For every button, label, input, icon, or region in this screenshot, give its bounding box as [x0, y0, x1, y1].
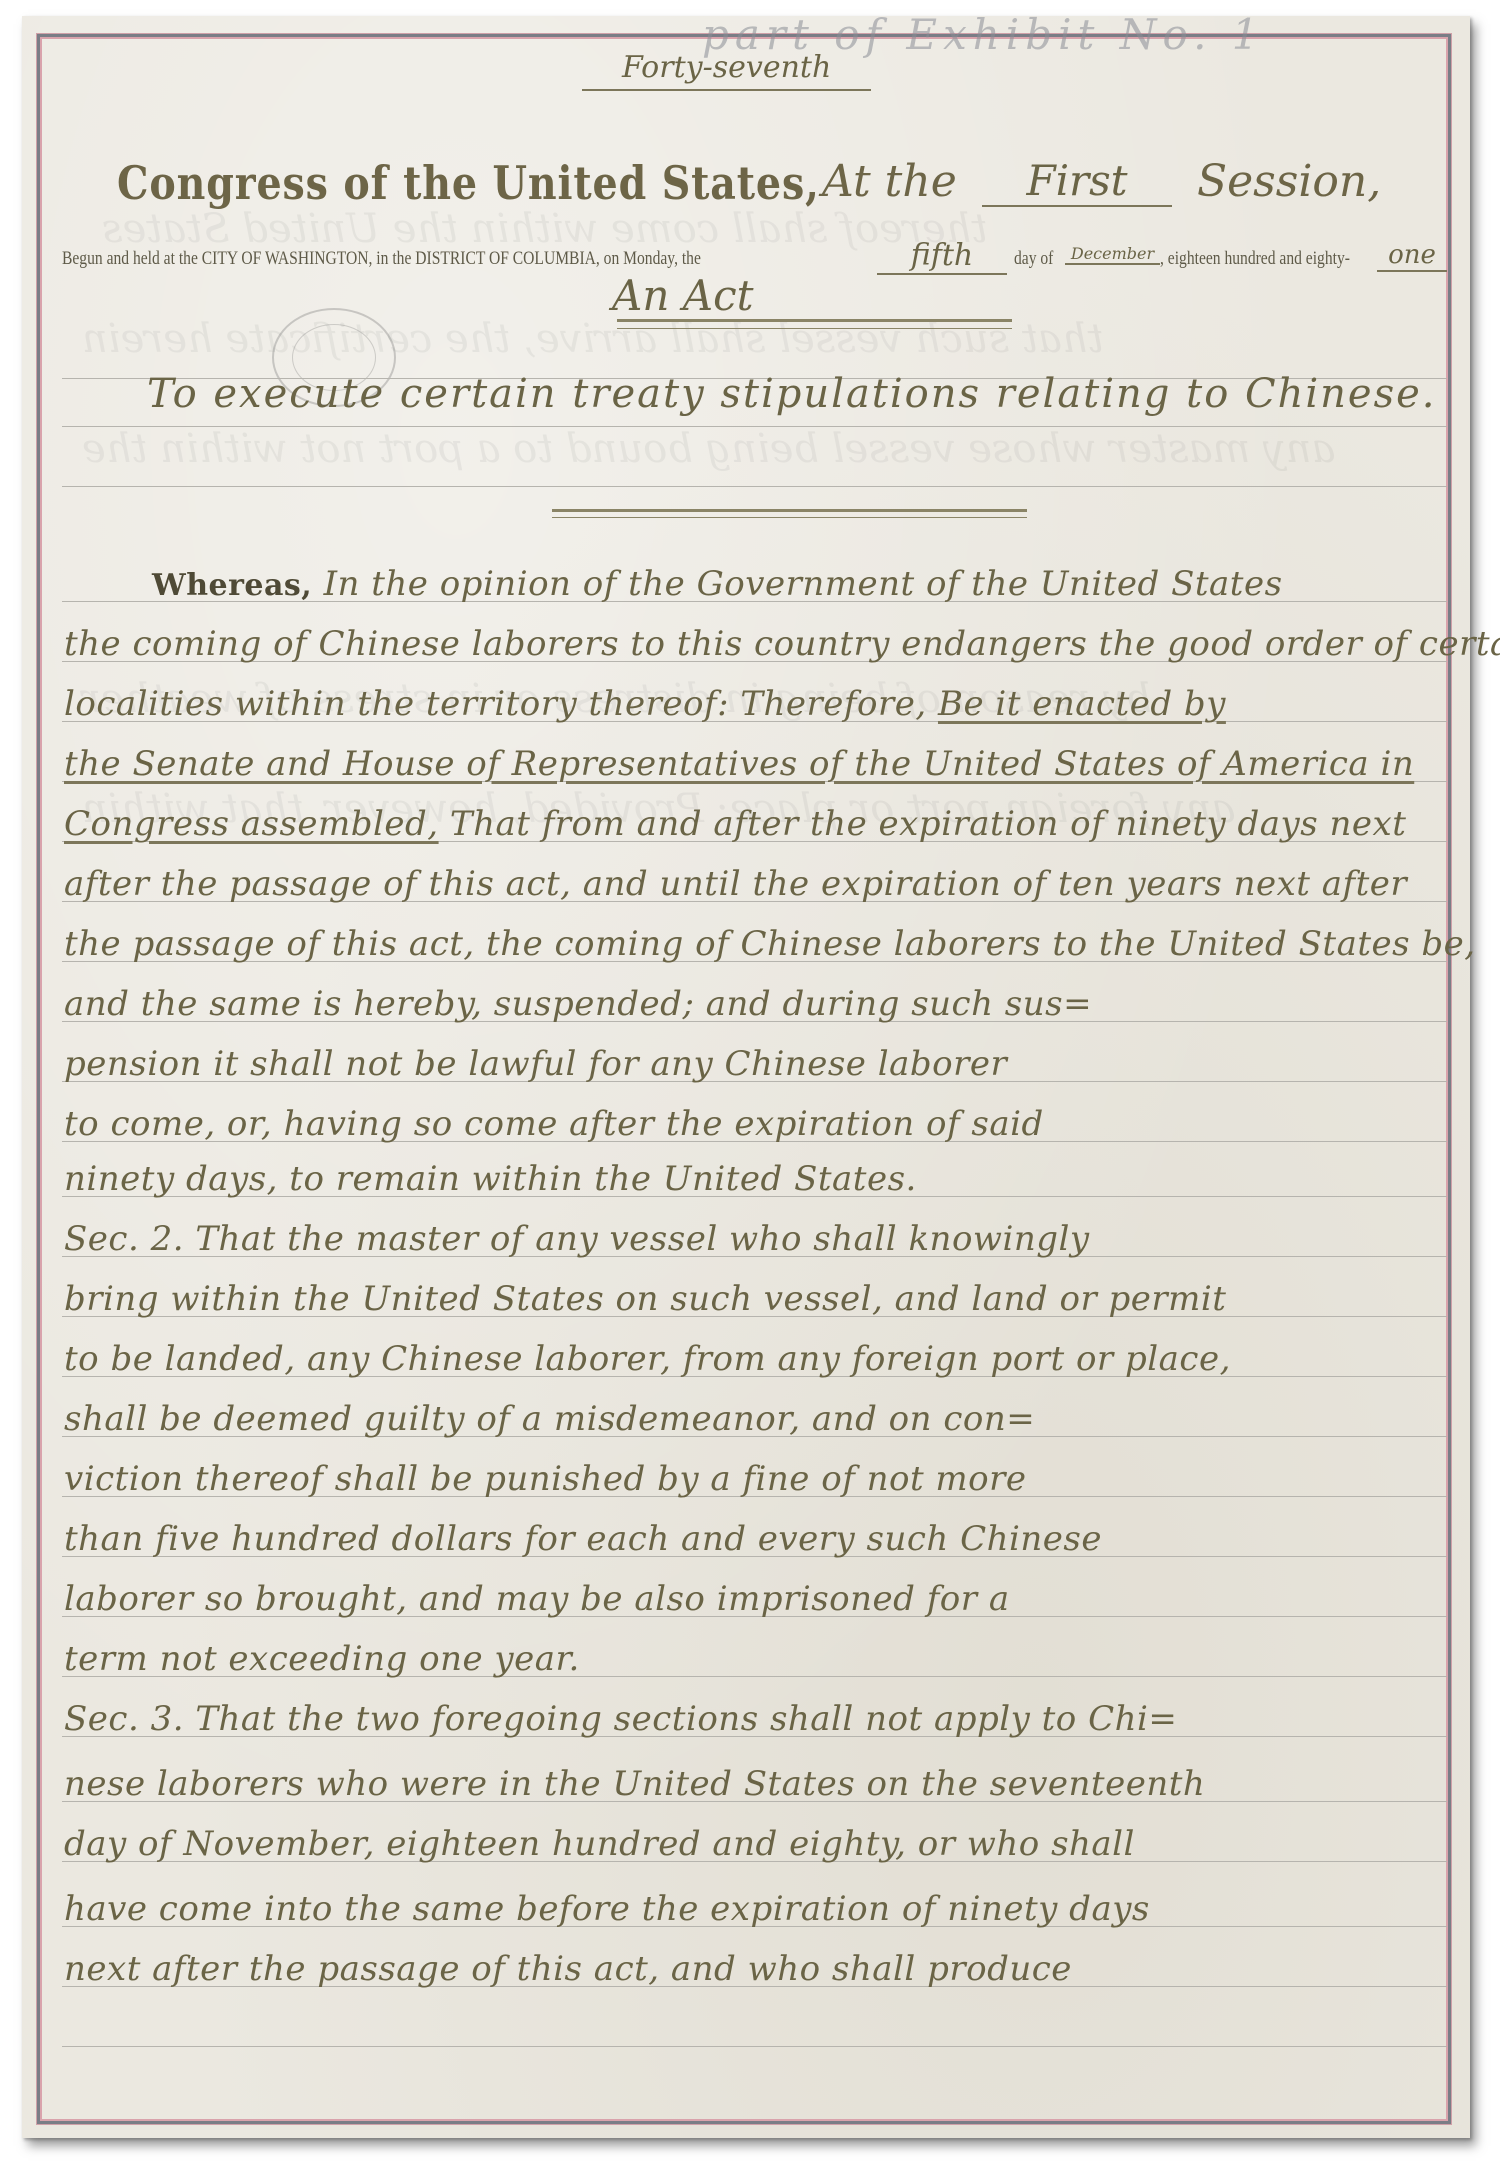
body-line: next after the passage of this act, and … [64, 1949, 1454, 1989]
preamble-line: Whereas, In the opinion of the Governmen… [152, 564, 1500, 606]
body-line: than five hundred dollars for each and e… [64, 1519, 1454, 1559]
session-label: Session, [1197, 156, 1381, 207]
act-label: An Act [612, 271, 753, 320]
rule-line [62, 2046, 1447, 2047]
section-2-line: Sec. 2. That the master of any vessel wh… [64, 1219, 1454, 1259]
body-line: the coming of Chinese laborers to this c… [64, 624, 1454, 664]
body-line: term not exceeding one year. [64, 1639, 1454, 1679]
body-line: localities within the territory thereof:… [64, 684, 1454, 724]
body-line: viction thereof shall be punished by a f… [64, 1459, 1454, 1499]
enacting-clause-line: the Senate and House of Representatives … [64, 744, 1454, 784]
document-page: part of Exhibit No. 1 thereof shall come… [22, 16, 1470, 2138]
begun-prefix: Begun and held at the CITY OF WASHINGTON… [62, 248, 701, 269]
body-line: after the passage of this act, and until… [64, 864, 1454, 904]
enacting-clause: Be it enacted by [938, 684, 1226, 724]
body-line: pension it shall not be lawful for any C… [64, 1044, 1454, 1084]
session-number: First [982, 156, 1172, 207]
body-line: Congress assembled, That from and after … [64, 804, 1454, 844]
body-line: to come, or, having so come after the ex… [64, 1104, 1454, 1144]
rule-line [62, 426, 1447, 427]
act-rule [617, 319, 1012, 329]
printed-heading: Congress of the United States, [117, 156, 820, 210]
body-line: day of November, eighteen hundred and ei… [64, 1824, 1454, 1864]
section-3-line: Sec. 3. That the two foregoing sections … [64, 1699, 1454, 1739]
day-field: fifth [877, 238, 1007, 275]
whereas-label: Whereas, [152, 568, 312, 603]
body-line: the passage of this act, the coming of C… [64, 924, 1454, 964]
rule-line [62, 486, 1447, 487]
month-field: December [1065, 244, 1160, 265]
day-of-label: day of [1014, 248, 1053, 270]
body-line: to be landed, any Chinese laborer, from … [64, 1339, 1454, 1379]
congress-number: Forty-seventh [582, 50, 871, 91]
begun-line: Begun and held at the CITY OF WASHINGTON… [62, 248, 701, 270]
year-suffix: one [1377, 240, 1447, 272]
at-the-label: At the [822, 156, 957, 207]
body-line: shall be deemed guilty of a misdemeanor,… [64, 1399, 1454, 1439]
title-rule [552, 509, 1027, 518]
year-text: , eighteen hundred and eighty- [1160, 248, 1350, 270]
body-line: have come into the same before the expir… [64, 1889, 1454, 1929]
act-title: To execute certain treaty stipulations r… [147, 371, 1437, 417]
body-line: ninety days, to remain within the United… [64, 1159, 1454, 1199]
body-line: nese laborers who were in the United Sta… [64, 1764, 1454, 1804]
body-line: and the same is hereby, suspended; and d… [64, 984, 1454, 1024]
body-line: bring within the United States on such v… [64, 1279, 1454, 1319]
body-line: laborer so brought, and may be also impr… [64, 1579, 1454, 1619]
